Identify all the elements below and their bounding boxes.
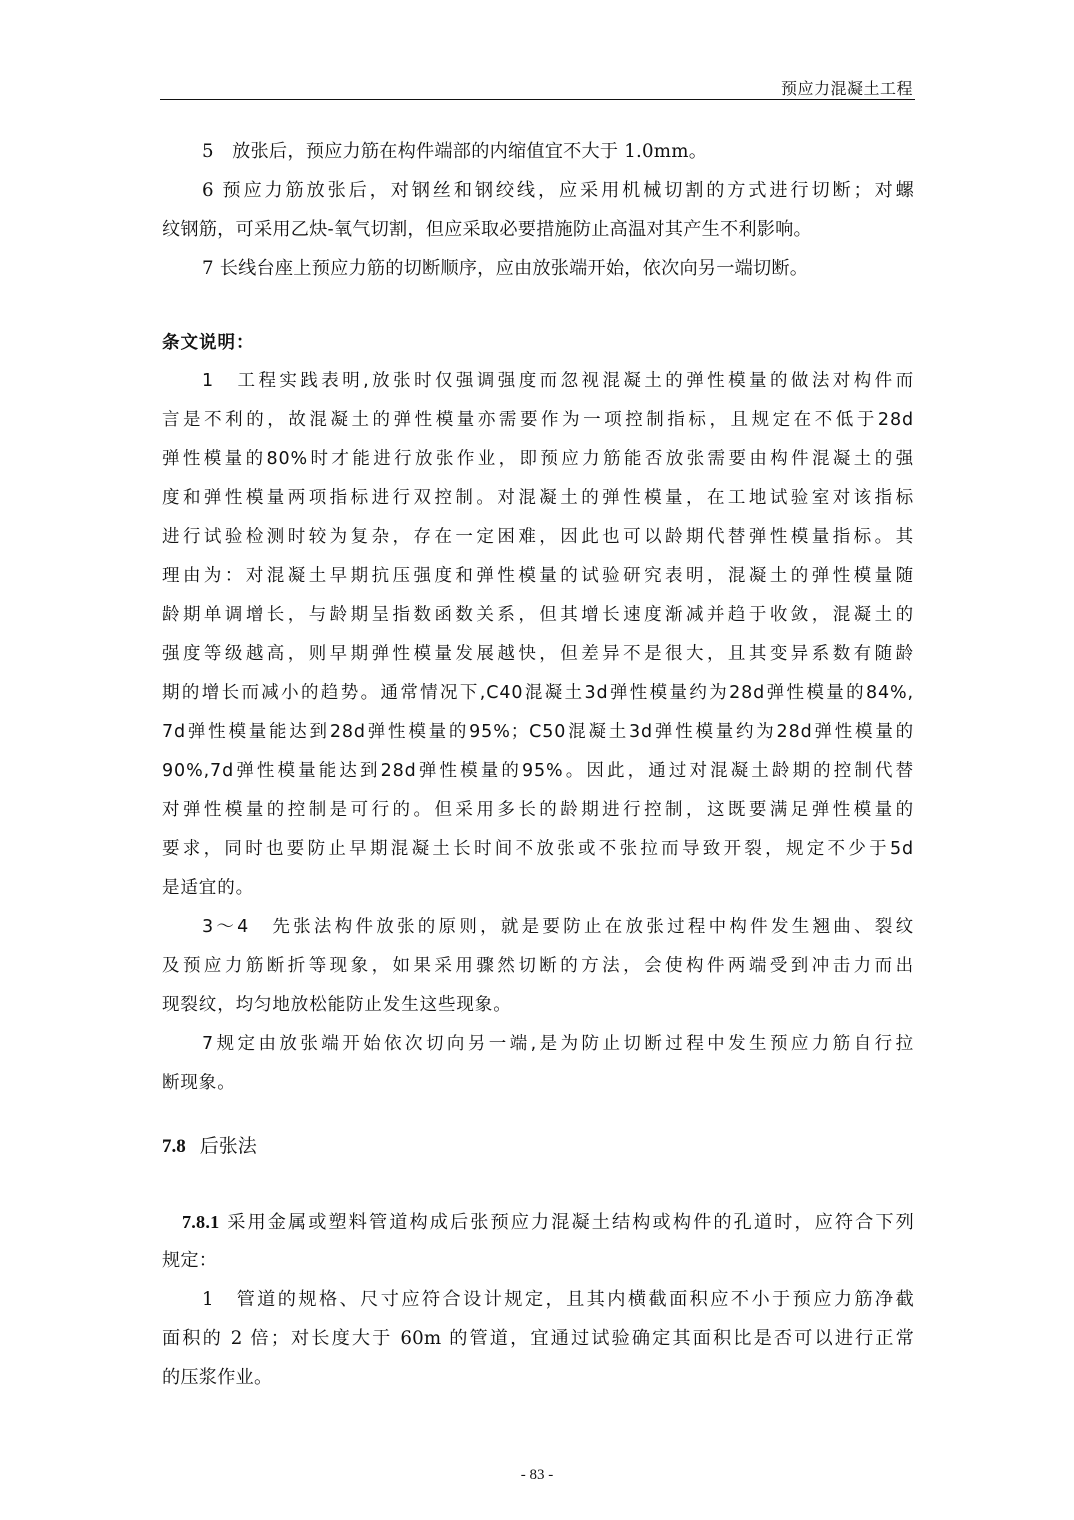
page-number: - 83 - [0,1467,1074,1484]
clause-text: 采用金属或塑料管道构成后张预应力混凝土结构或构件的孔道时，应符合下列 [225,1212,914,1233]
running-header-title: 预应力混凝土工程 [781,76,913,99]
clause-item-1-line-1: 1 管道的规格、尺寸应符合设计规定，且其内横截面积应不小于预应力筋净截 [202,1288,914,1312]
commentary-p1-line-10: 7d弹性模量能达到28d弹性模量的95%；C50混凝土3d弹性模量约为28d弹性… [162,720,914,744]
commentary-p3-line-1: 7规定由放张端开始依次切向另一端,是为防止切断过程中发生预应力筋自行拉 [202,1032,914,1056]
commentary-p2-line-1: 3～4 先张法构件放张的原则，就是要防止在放张过程中构件发生翘曲、裂纹 [202,915,914,939]
commentary-p1-line-14: 是适宜的。 [162,876,914,900]
commentary-p1-line-2: 言是不利的，故混凝土的弹性模量亦需要作为一项控制指标，且规定在不低于28d [162,408,914,432]
provision-item-7: 7 长线台座上预应力筋的切断顺序，应由放张端开始，依次向另一端切断。 [202,257,914,281]
commentary-p1-line-12: 对弹性模量的控制是可行的。但采用多长的龄期进行控制，这既要满足弹性模量的 [162,798,914,822]
commentary-label: 条文说明： [162,329,255,354]
section-title: 后张法 [200,1135,257,1157]
commentary-p1-line-9: 期的增长而减小的趋势。通常情况下,C40混凝土3d弹性模量约为28d弹性模量的8… [162,681,914,705]
clause-7-8-1-line-2: 规定： [162,1249,914,1273]
clause-number: 7.8.1 [182,1212,219,1232]
provision-item-6-line-2: 纹钢筋，可采用乙炔-氧气切割，但应采取必要措施防止高温对其产生不利影响。 [162,218,914,242]
commentary-p1-line-4: 度和弹性模量两项指标进行双控制。对混凝土的弹性模量，在工地试验室对该指标 [162,486,914,510]
header-rule [160,99,915,100]
commentary-p1-line-13: 要求，同时也要防止早期混凝土长时间不放张或不张拉而导致开裂，规定不少于5d [162,837,914,861]
commentary-p1-line-6: 理由为：对混凝土早期抗压强度和弹性模量的试验研究表明，混凝土的弹性模量随 [162,564,914,588]
provision-item-5: 5 放张后，预应力筋在构件端部的内缩值宜不大于 1.0mm。 [202,140,914,164]
commentary-p1-line-5: 进行试验检测时较为复杂，存在一定困难，因此也可以龄期代替弹性模量指标。其 [162,525,914,549]
clause-item-1-line-2: 面积的 2 倍；对长度大于 60m 的管道，宜通过试验确定其面积比是否可以进行正… [162,1327,914,1351]
commentary-p1-line-11: 90%,7d弹性模量能达到28d弹性模量的95%。因此，通过对混凝土龄期的控制代… [162,759,914,783]
commentary-p2-line-3: 现裂纹，均匀地放松能防止发生这些现象。 [162,993,914,1017]
commentary-p1-line-8: 强度等级越高，则早期弹性模量发展越快，但差异不是很大，且其变异系数有随龄 [162,642,914,666]
clause-item-1-line-3: 的压浆作业。 [162,1366,914,1390]
commentary-p3-line-2: 断现象。 [162,1071,914,1095]
document-page: 预应力混凝土工程 5 放张后，预应力筋在构件端部的内缩值宜不大于 1.0mm。 … [0,0,1074,1520]
clause-7-8-1-line-1: 7.8.1采用金属或塑料管道构成后张预应力混凝土结构或构件的孔道时，应符合下列 [182,1210,914,1235]
provision-item-6-line-1: 6 预应力筋放张后，对钢丝和钢绞线，应采用机械切割的方式进行切断；对螺 [202,179,914,203]
commentary-p2-line-2: 及预应力筋断折等现象，如果采用骤然切断的方法，会使构件两端受到冲击力而出 [162,954,914,978]
section-heading: 7.8后张法 [162,1131,257,1158]
commentary-p1-line-7: 龄期单调增长，与龄期呈指数函数关系，但其增长速度渐减并趋于收敛，混凝土的 [162,603,914,627]
commentary-p1-line-1: 1 工程实践表明,放张时仅强调强度而忽视混凝土的弹性模量的做法对构件而 [202,369,914,393]
section-number: 7.8 [162,1136,186,1157]
commentary-p1-line-3: 弹性模量的80%时才能进行放张作业，即预应力筋能否放张需要由构件混凝土的强 [162,447,914,471]
